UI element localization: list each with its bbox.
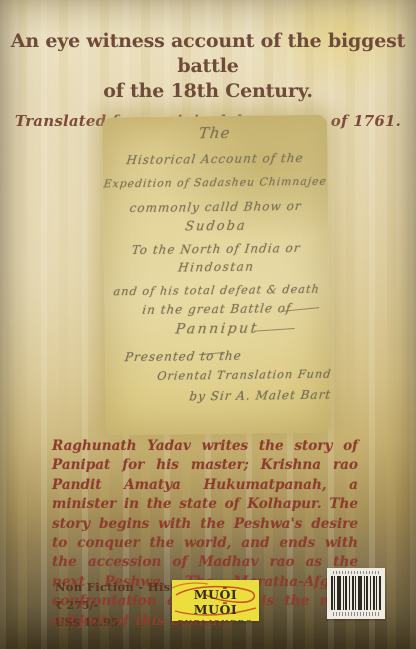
manuscript-facsimile: The Historical Account of the Expedition… — [102, 115, 331, 436]
manuscript-line: The — [101, 123, 328, 144]
manuscript-line: Panniput — [104, 320, 331, 339]
publisher-logo: MUŌI MUŌI PUBLISHERS — [172, 580, 259, 621]
tagline-line2: of the 18th Century. — [0, 79, 416, 104]
manuscript-line: Historical Account of the — [102, 151, 329, 168]
manuscript-line: Expedition of Sadasheu Chimnajee — [102, 175, 328, 191]
manuscript-line: To the North of India or — [103, 241, 330, 258]
barcode-digits — [333, 612, 379, 616]
book-back-cover: An eye witness account of the biggest ba… — [0, 0, 416, 649]
manuscript-line: Hindostan — [103, 259, 330, 276]
manuscript-line: commonly calld Bhow or — [102, 199, 329, 216]
barcode-isbn-text — [333, 571, 379, 574]
barcode-bars — [331, 576, 381, 610]
publisher-label: PUBLISHERS — [172, 619, 259, 621]
manuscript-line: and of his total defeat & death — [103, 283, 329, 299]
manuscript-line: Presented to the — [104, 348, 331, 365]
cover-header: An eye witness account of the biggest ba… — [0, 29, 416, 130]
tagline-line1: An eye witness account of the biggest ba… — [0, 29, 416, 79]
barcode — [327, 568, 385, 619]
cover-tagline: An eye witness account of the biggest ba… — [0, 29, 416, 104]
manuscript-line: Oriental Translation Fund — [105, 368, 331, 384]
publisher-name: MUŌI MUŌI — [172, 587, 259, 617]
manuscript-line: by Sir A. Malet Bart — [105, 388, 332, 405]
manuscript-line: Sudoba — [103, 218, 330, 236]
